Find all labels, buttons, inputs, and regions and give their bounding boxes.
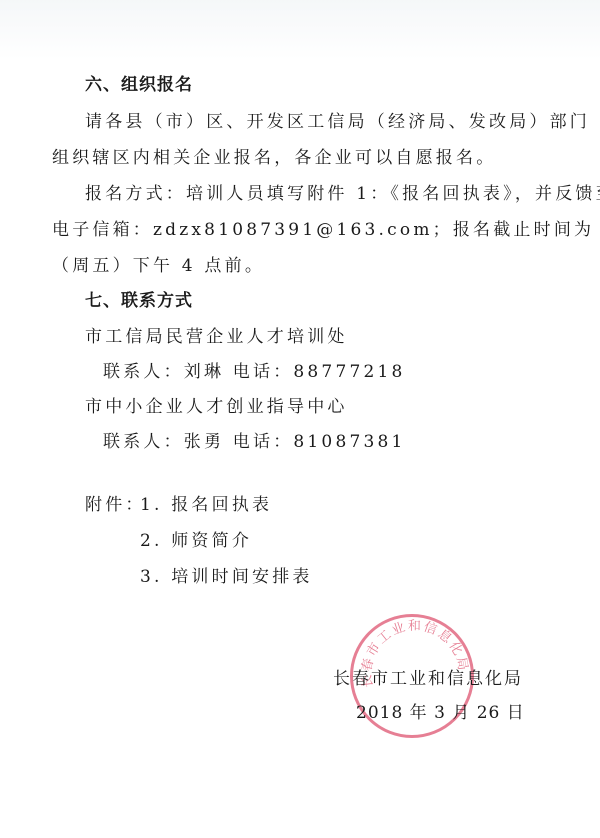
attachment-item-1: 1. 报名回执表 xyxy=(140,494,272,516)
section-6-paragraph-1-line-1: 请各县（市）区、开发区工信局（经济局、发改局）部门 xyxy=(85,111,590,133)
contact-person-1: 联系人：刘琳 电话：88777218 xyxy=(103,361,406,383)
attachment-item-3: 3. 培训时间安排表 xyxy=(140,566,313,588)
section-7-heading: 七、联系方式 xyxy=(85,290,193,312)
contact-person-2: 联系人：张勇 电话：81087381 xyxy=(103,431,406,453)
section-6-paragraph-1-line-2: 组织辖区内相关企业报名，各企业可以自愿报名。 xyxy=(52,147,496,169)
section-6-paragraph-2-line-1: 报名方式：培训人员填写附件 1：《报名回执表》，并反馈至 xyxy=(85,183,600,205)
section-6-heading: 六、组织报名 xyxy=(85,74,193,96)
attachments-label: 附件： xyxy=(85,494,146,516)
section-6-paragraph-2-line-3: （周五）下午 4 点前。 xyxy=(52,255,265,277)
contact-org-1: 市工信局民营企业人才培训处 xyxy=(85,326,348,348)
scan-background xyxy=(0,0,600,60)
issuer-name: 长春市工业和信息化局 xyxy=(333,668,523,690)
section-6-paragraph-2-line-2: 电子信箱：zdzx81087391@163.com；报名截止时间为 3 月 30… xyxy=(52,219,600,241)
issue-date: 2018 年 3 月 26 日 xyxy=(356,702,525,724)
attachment-item-2: 2. 师资简介 xyxy=(140,530,252,552)
contact-org-2: 市中小企业人才创业指导中心 xyxy=(85,396,348,418)
